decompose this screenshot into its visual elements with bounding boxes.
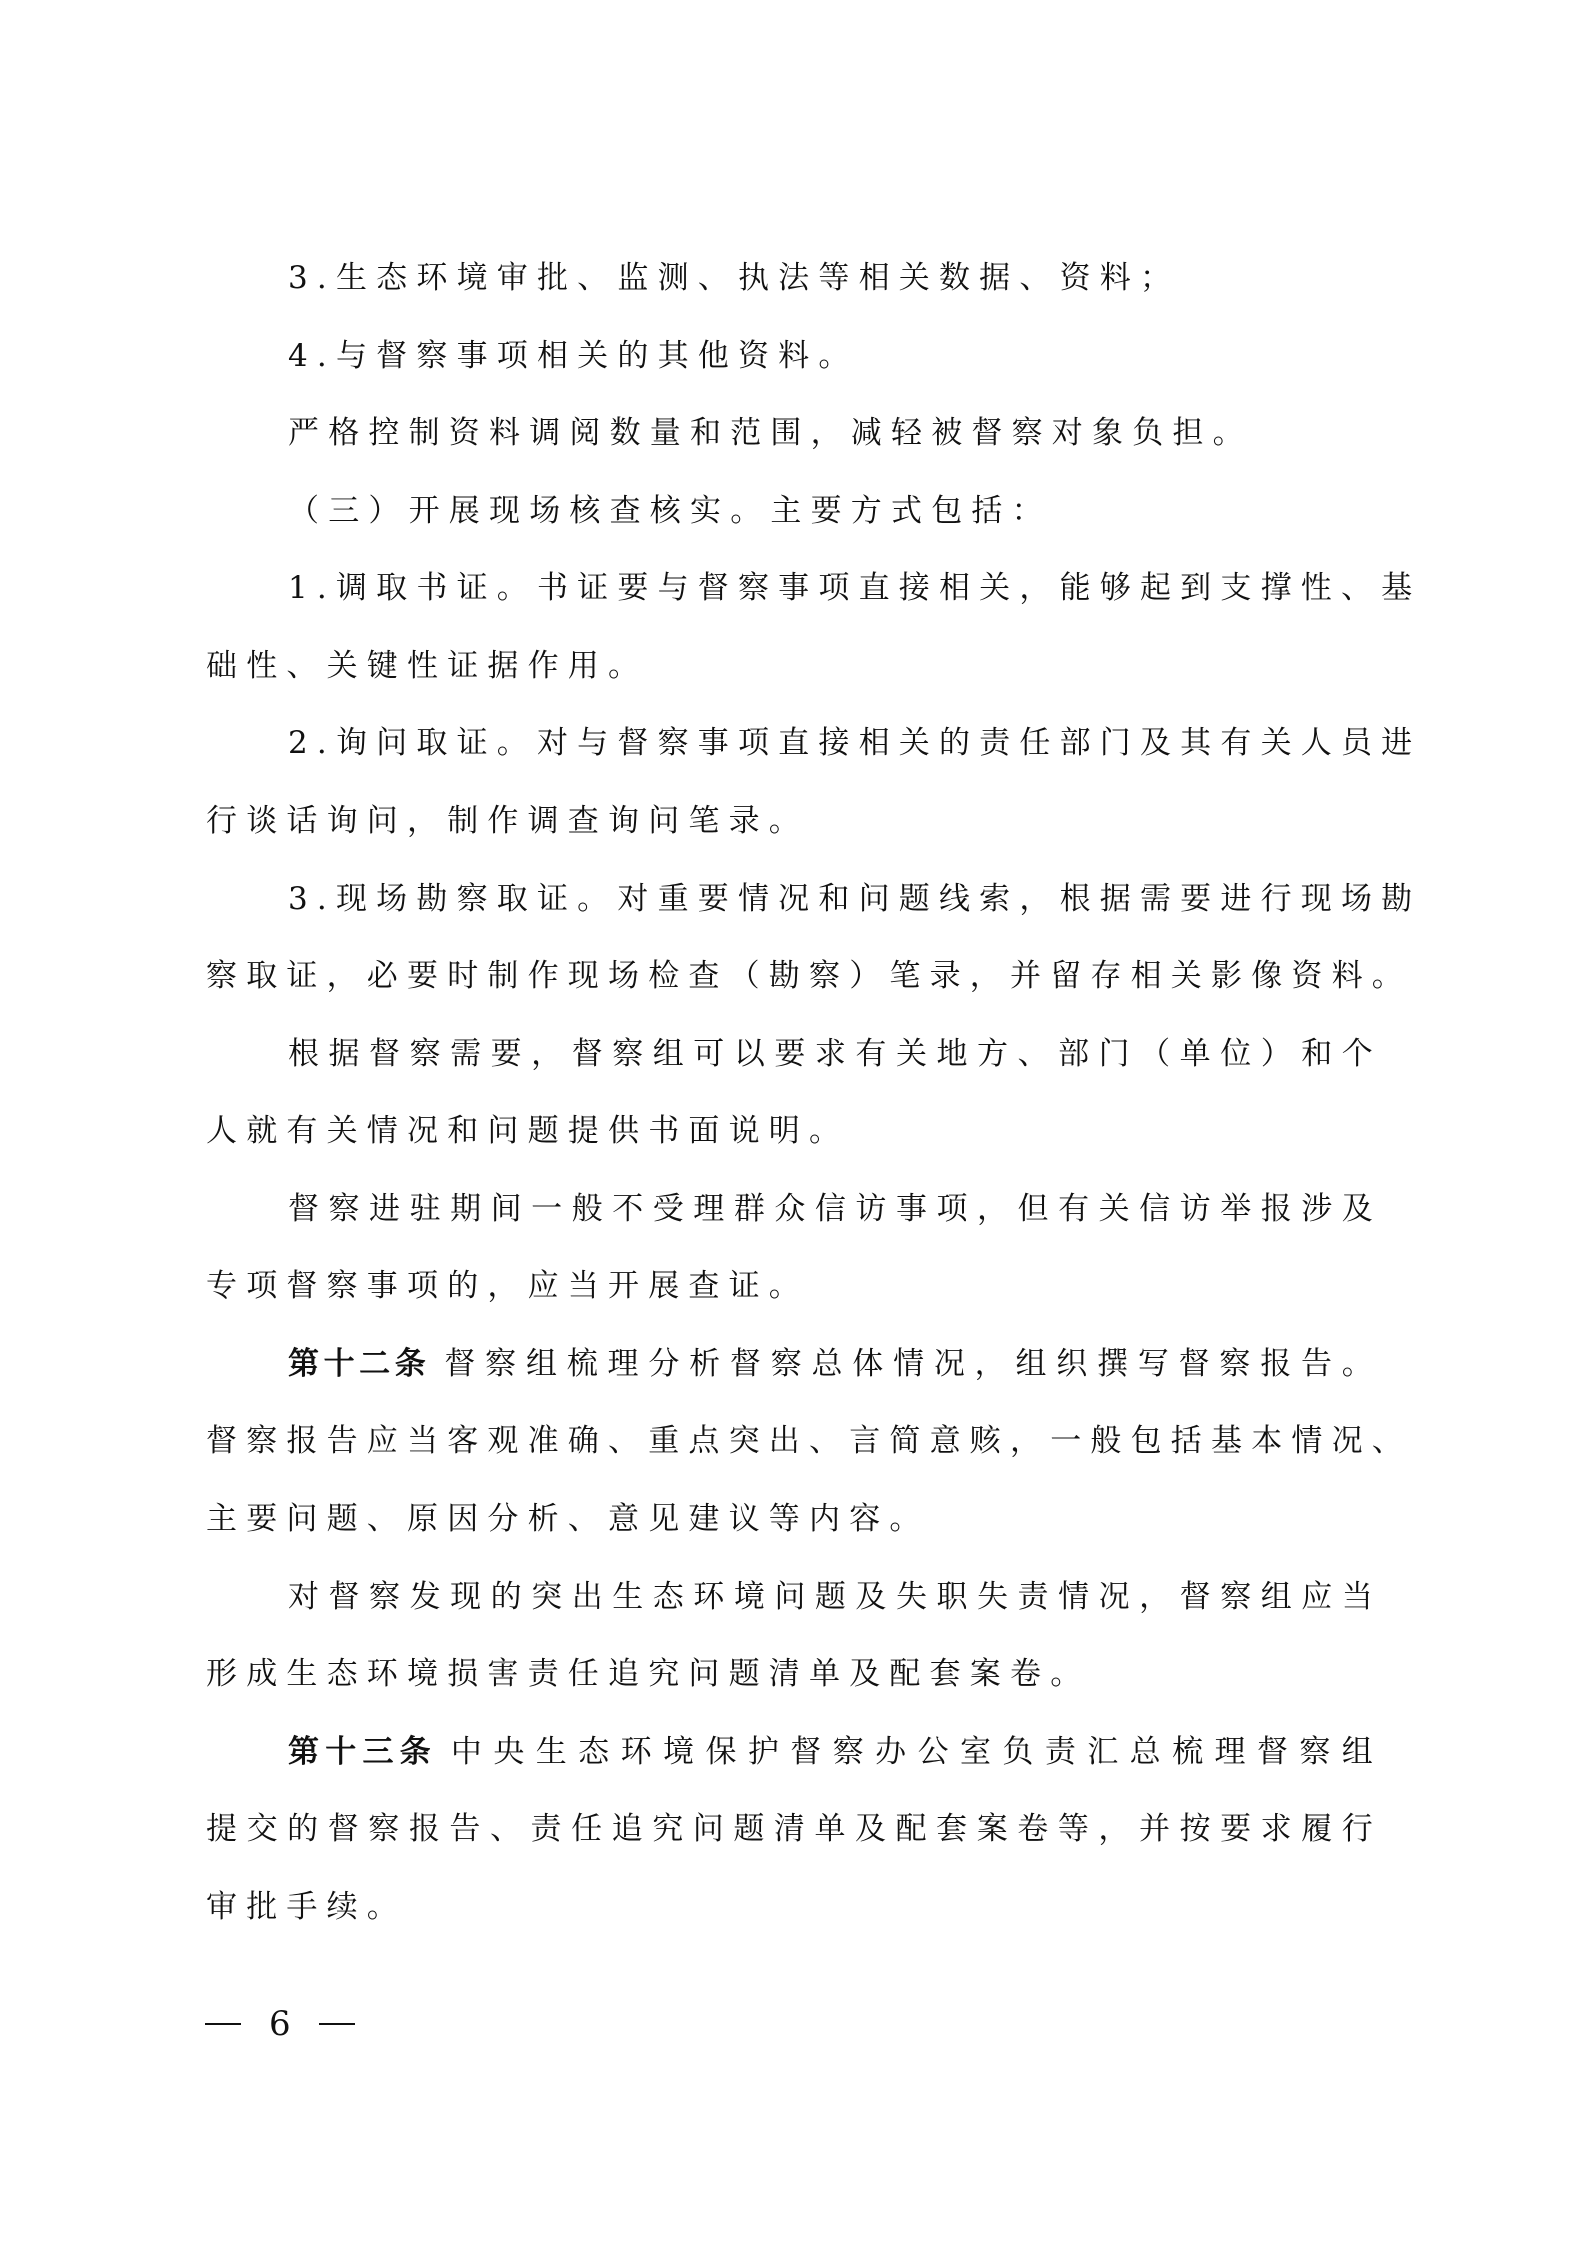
left-dash-decoration bbox=[205, 2023, 241, 2025]
paragraph-inquiry-evidence-line-2: 行谈话询问，制作调查询问笔录。 bbox=[206, 783, 1382, 861]
paragraph-site-survey-line-2: 察取证，必要时制作现场检查（勘察）笔录，并留存相关影像资料。 bbox=[206, 938, 1382, 1016]
right-dash-decoration bbox=[319, 2023, 355, 2025]
document-page: 3.生态环境审批、监测、执法等相关数据、资料； 4.与督察事项相关的其他资料。 … bbox=[0, 0, 1587, 2245]
article-12-line-1: 第十二条督察组梳理分析督察总体情况，组织撰写督察报告。 bbox=[206, 1326, 1382, 1404]
article-12-label: 第十二条 bbox=[288, 1346, 430, 1382]
paragraph-documentary-evidence-line-1: 1.调取书证。书证要与督察事项直接相关，能够起到支撑性、基 bbox=[206, 550, 1382, 628]
paragraph-accountability-list-line-2: 形成生态环境损害责任追究问题清单及配套案卷。 bbox=[206, 1636, 1382, 1714]
paragraph-petitions-line-1: 督察进驻期间一般不受理群众信访事项，但有关信访举报涉及 bbox=[206, 1171, 1382, 1249]
list-item-4-other-materials: 4.与督察事项相关的其他资料。 bbox=[206, 318, 1382, 396]
paragraph-inquiry-evidence-line-1: 2.询问取证。对与督察事项直接相关的责任部门及其有关人员进 bbox=[206, 705, 1382, 783]
article-12-line-2: 督察报告应当客观准确、重点突出、言简意赅，一般包括基本情况、 bbox=[206, 1403, 1382, 1481]
article-13-label: 第十三条 bbox=[288, 1734, 437, 1770]
page-number: 6 bbox=[269, 2004, 291, 2044]
paragraph-control-scope: 严格控制资料调阅数量和范围，减轻被督察对象负担。 bbox=[206, 395, 1382, 473]
paragraph-documentary-evidence-line-2: 础性、关键性证据作用。 bbox=[206, 628, 1382, 706]
article-13-line-1: 第十三条中央生态环境保护督察办公室负责汇总梳理督察组 bbox=[206, 1714, 1382, 1792]
article-13-line-3: 审批手续。 bbox=[206, 1869, 1382, 1947]
list-item-3-data-materials: 3.生态环境审批、监测、执法等相关数据、资料； bbox=[206, 240, 1382, 318]
paragraph-written-explanation-line-1: 根据督察需要，督察组可以要求有关地方、部门（单位）和个 bbox=[206, 1016, 1382, 1094]
paragraph-petitions-line-2: 专项督察事项的，应当开展查证。 bbox=[206, 1248, 1382, 1326]
article-12-text: 督察组梳理分析督察总体情况，组织撰写督察报告。 bbox=[444, 1346, 1382, 1382]
article-13-line-2: 提交的督察报告、责任追究问题清单及配套案卷等，并按要求履行 bbox=[206, 1791, 1382, 1869]
paragraph-site-survey-line-1: 3.现场勘察取证。对重要情况和问题线索，根据需要进行现场勘 bbox=[206, 861, 1382, 939]
article-13-text: 中央生态环境保护督察办公室负责汇总梳理督察组 bbox=[451, 1734, 1382, 1770]
section-heading-onsite-verification: （三）开展现场核查核实。主要方式包括： bbox=[206, 473, 1382, 551]
document-body: 3.生态环境审批、监测、执法等相关数据、资料； 4.与督察事项相关的其他资料。 … bbox=[206, 240, 1382, 1946]
paragraph-accountability-list-line-1: 对督察发现的突出生态环境问题及失职失责情况，督察组应当 bbox=[206, 1559, 1382, 1637]
article-12-line-3: 主要问题、原因分析、意见建议等内容。 bbox=[206, 1481, 1382, 1559]
page-number-footer: 6 bbox=[205, 2004, 355, 2044]
paragraph-written-explanation-line-2: 人就有关情况和问题提供书面说明。 bbox=[206, 1093, 1382, 1171]
